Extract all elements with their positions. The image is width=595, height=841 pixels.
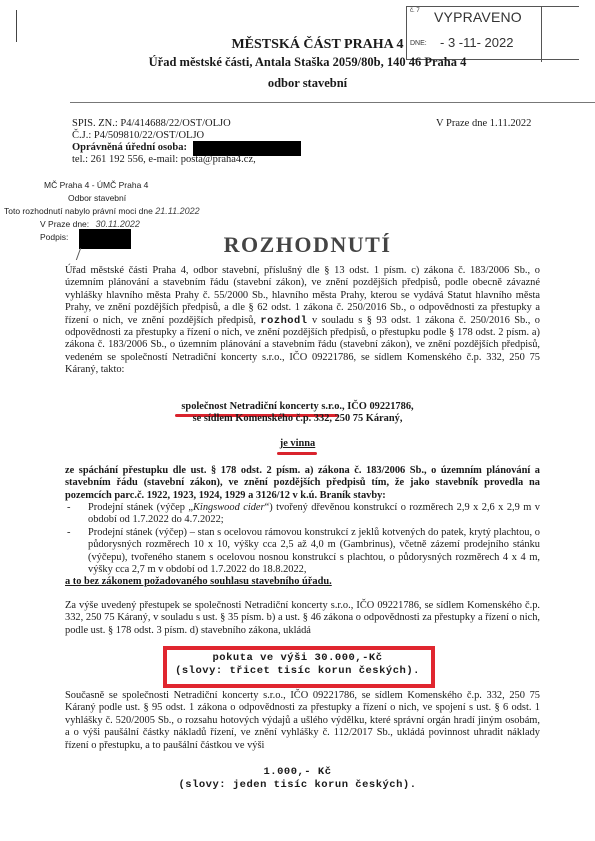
costs-words: (slovy: jeden tisíc korun českých). (0, 779, 595, 791)
offence-items: Prodejní stánek (výčep „Kingswood cider“… (65, 502, 540, 576)
header-divider (70, 102, 595, 103)
fine-amount: pokuta ve výši 30.000,-Kč (0, 652, 595, 664)
authority-name: MĚSTSKÁ ČÁST PRAHA 4 (0, 37, 595, 53)
decided-word: rozhodl (260, 315, 307, 327)
costs-amount: 1.000,- Kč (0, 766, 595, 778)
authority-address: Úřad městské části, Antala Staška 2059/8… (0, 55, 595, 70)
offence-paragraph: ze spáchání přestupku dle ust. § 178 ods… (65, 465, 540, 502)
verdict: je vinna (0, 438, 595, 449)
party-line2: se sídlem Komenského č.p. 332, 250 75 Ká… (0, 413, 595, 424)
document-date: V Praze dne 1.11.2022 (436, 118, 531, 129)
legal-stamp-line2: Odbor stavební (68, 193, 126, 203)
offence-item: Prodejní stánek (výčep) – stan s ocelovo… (65, 527, 540, 577)
verdict-underline (277, 452, 317, 455)
file-number: SPIS. ZN.: P4/414688/22/OST/OLJO (72, 118, 231, 130)
item-italic: Kingswood cider (193, 502, 265, 513)
intro-paragraph: Úřad městské části Praha 4, odbor staveb… (65, 265, 540, 377)
offence-closing: a to bez zákonem požadovaného souhlasu s… (65, 576, 332, 587)
stamp-edge (541, 6, 542, 62)
legal-date-value: 30.11.2022 (96, 219, 140, 229)
costs-paragraph: Současně se společnosti Netradiční konce… (65, 690, 540, 752)
fine-words: (slovy: třicet tisíc korun českých). (0, 665, 595, 677)
legal-date-label: V Praze dne: (40, 219, 89, 229)
reference-number: Č.J.: P4/509810/22/OST/OLJO (72, 130, 204, 142)
legal-force-date: 21.11.2022 (155, 206, 199, 216)
contact-info: tel.: 261 192 556, e-mail: posta@praha4.… (72, 154, 256, 166)
stamp-number: č. 7 (410, 8, 420, 14)
department: odbor stavební (0, 76, 595, 91)
party-line1: společnost Netradiční koncerty s.r.o., I… (0, 401, 595, 412)
official-label: Oprávněná úřední osoba: (72, 142, 187, 154)
item-text: Prodejní stánek (výčep) – stan s ocelovo… (88, 527, 540, 575)
legal-stamp-line3: Toto rozhodnutí nabylo právní moci dne 2… (4, 206, 200, 216)
penalty-paragraph: Za výše uvedený přestupek se společnosti… (65, 600, 540, 637)
legal-stamp-line1: MČ Praha 4 - ÚMČ Praha 4 (44, 180, 148, 190)
offence-item: Prodejní stánek (výčep „Kingswood cider“… (65, 502, 540, 527)
stamp-title: VYPRAVENO (434, 9, 522, 25)
item-text: Prodejní stánek (výčep „ (88, 502, 193, 513)
legal-stamp-line4: V Praze dne: 30.11.2022 (40, 219, 140, 229)
legal-force-label: Toto rozhodnutí nabylo právní moci dne (4, 206, 153, 216)
document-title: ROZHODNUTÍ (0, 232, 595, 258)
